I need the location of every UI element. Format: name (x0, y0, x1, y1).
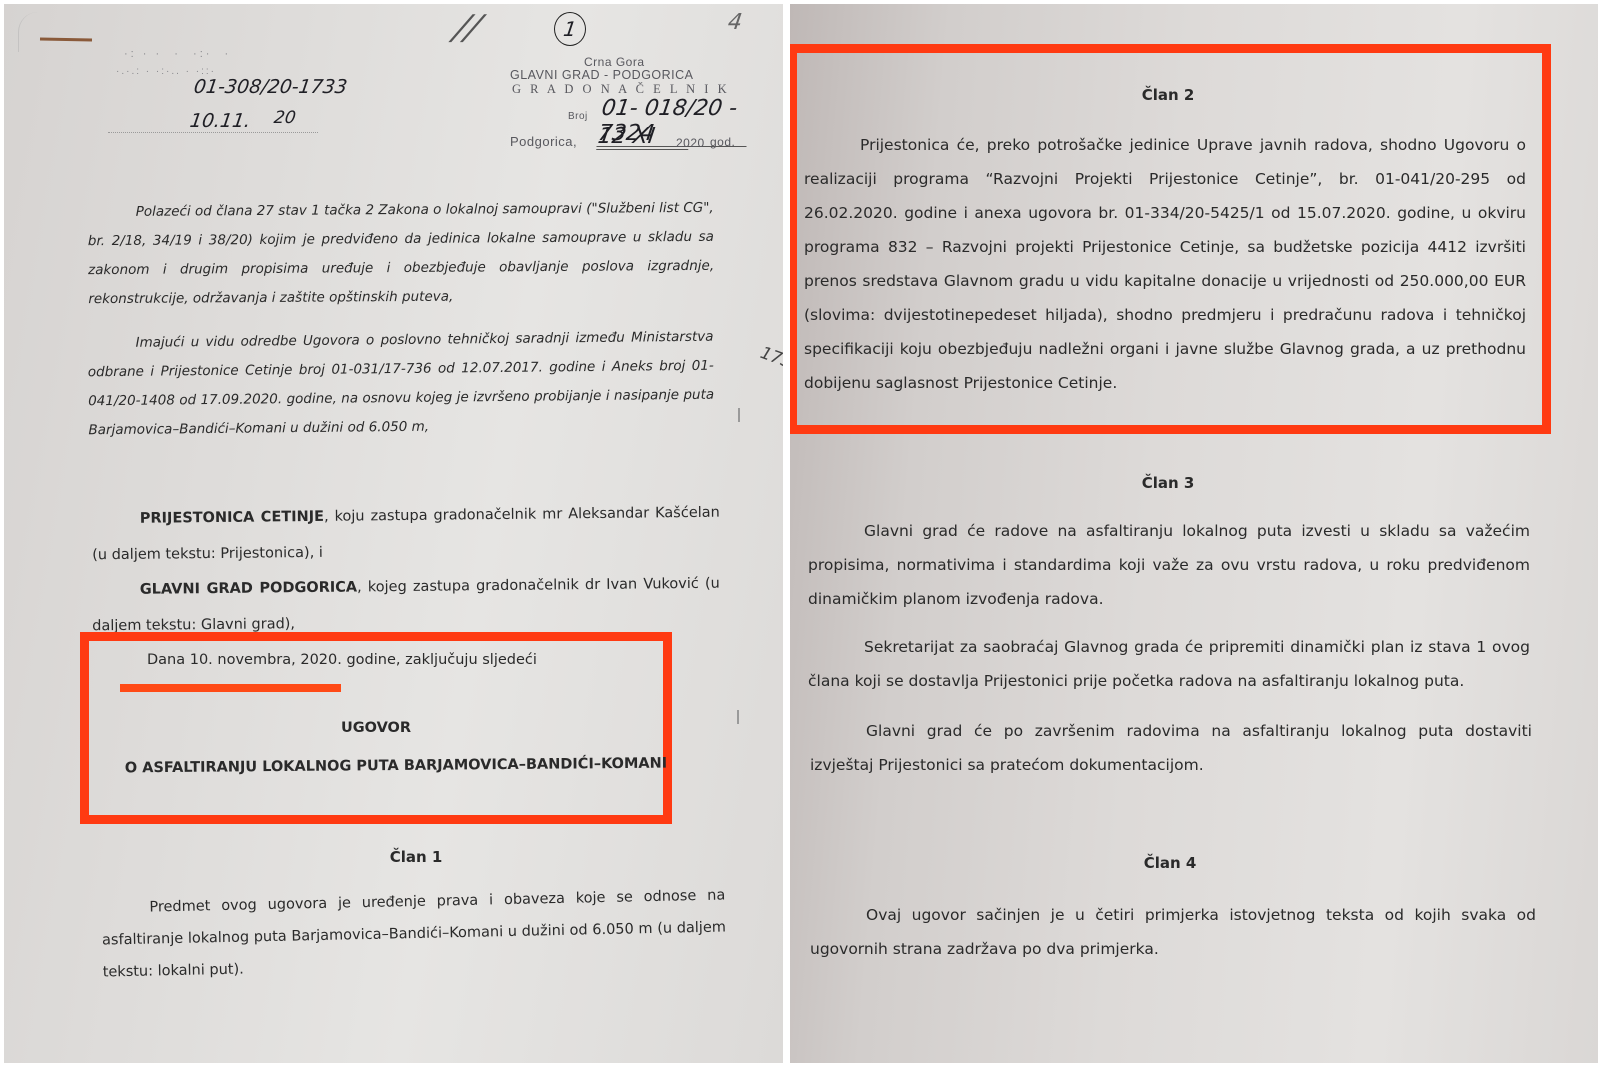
document-page-right: Član 2 Prijestonica će, preko potrošačke… (790, 4, 1598, 1063)
circled-number-mark: 1 (554, 12, 586, 46)
document-page-left: ·: · · · ·:· · ·.·.: · ·:·.. · ·::· 01-3… (4, 4, 783, 1063)
article-4-heading: Član 4 (1070, 854, 1270, 872)
party-prijestonica: PRIJESTONICA CETINJE, koju zastupa grado… (92, 495, 721, 574)
stamp-office: G R A D O N A Č E L N I K (512, 82, 730, 97)
article-1-text: Predmet ovog ugovora je uređenje prava i… (101, 879, 727, 988)
article-3-paragraph-2: Sekretarijat za saobraćaj Glavnog grada … (808, 630, 1530, 698)
article-4-text: Ovaj ugovor sačinjen je u četiri primjer… (810, 898, 1536, 966)
fold-mark (18, 12, 49, 52)
article-3-paragraph-3: Glavni grad će po završenim radovima na … (810, 714, 1532, 782)
handwritten-slash-mark: // (449, 8, 486, 48)
article-1-heading: Član 1 (316, 848, 516, 866)
stamp-year: 2020 (676, 136, 705, 150)
handwritten-top-mark: 4 (726, 10, 744, 35)
stamp-date-line (108, 124, 318, 133)
article-2-heading: Član 2 (1068, 86, 1268, 104)
highlight-underline (120, 684, 341, 692)
stamp-god: god. (710, 135, 735, 149)
article-3-paragraph-1: Glavni grad će radove na asfaltiranju lo… (808, 514, 1530, 616)
margin-tick (737, 710, 739, 724)
preamble-paragraph-2: Imajući u vidu odredbe Ugovora o poslovn… (87, 323, 714, 446)
stamp-number-label: Broj (568, 111, 588, 122)
margin-tick (738, 408, 740, 422)
stamp-city: GLAVNI GRAD - PODGORICA (510, 68, 694, 82)
stamp-place-label: Podgorica, (510, 134, 577, 149)
circled-number: 1 (553, 13, 587, 45)
stamp-country: Crna Gora (584, 55, 645, 69)
article-2-text: Prijestonica će, preko potrošačke jedini… (804, 128, 1526, 400)
contract-date-line: Dana 10. novembra, 2020. godine, zaključ… (147, 652, 537, 668)
handwritten-margin-number: 173 (758, 343, 783, 373)
contract-title: UGOVOR (80, 720, 672, 736)
incoming-stamp-faint: ·: · · · ·:· · (124, 48, 231, 60)
article-3-heading: Član 3 (1068, 474, 1268, 492)
preamble-paragraph-1: Polazeći od člana 27 stav 1 tačka 2 Zako… (88, 194, 715, 314)
handwritten-ref-number: 01-308/20-1733 (192, 76, 348, 98)
